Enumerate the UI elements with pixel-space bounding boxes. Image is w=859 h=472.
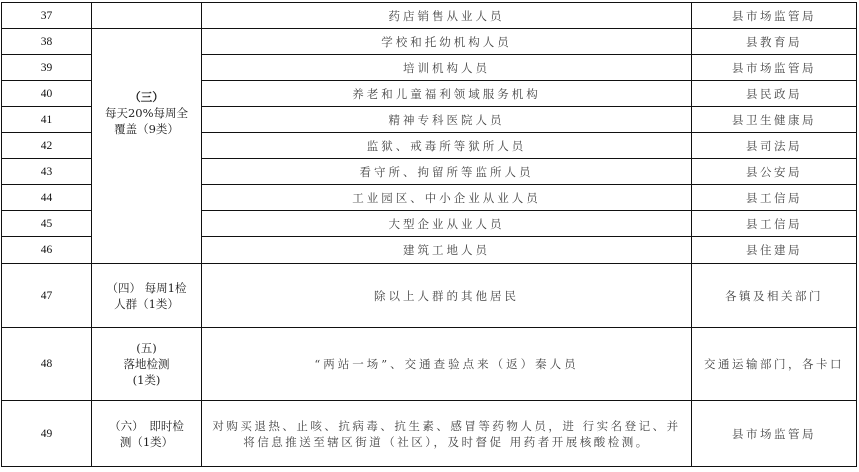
category-6-line1: （六） 即时检 [96, 418, 197, 434]
table-row: 38 （三） 每天20%每周全 覆盖（9类） 学校和托幼机构人员 县教育局 [2, 29, 857, 55]
row-number: 49 [2, 401, 92, 467]
responsible-dept: 县工信局 [692, 211, 857, 237]
responsible-dept: 县市场监管局 [692, 3, 857, 29]
table-row: 37 药店销售从业人员 县市场监管局 [2, 3, 857, 29]
category-5-line1: (五) [96, 340, 197, 356]
responsible-dept: 县市场监管局 [692, 55, 857, 81]
category-6: （六） 即时检 测（1类） [92, 401, 202, 467]
target-group: 大型企业从业人员 [202, 211, 692, 237]
target-group: 药店销售从业人员 [202, 3, 692, 29]
category-4-line2: 人群（1类） [96, 296, 197, 312]
row-number: 47 [2, 264, 92, 328]
row-number: 42 [2, 133, 92, 159]
responsible-dept: 县卫生健康局 [692, 107, 857, 133]
row-number: 46 [2, 237, 92, 264]
category-3-line1: （三） [96, 89, 197, 105]
category-3-line2: 每天20%每周全 [96, 105, 197, 121]
row-number: 41 [2, 107, 92, 133]
row-number: 45 [2, 211, 92, 237]
category-4: （四） 每周1检 人群（1类） [92, 264, 202, 328]
responsible-dept: 县市场监管局 [692, 401, 857, 467]
category-4-line1: （四） 每周1检 [96, 280, 197, 296]
category-cell-empty [92, 3, 202, 29]
target-group: 监狱、戒毒所等狱所人员 [202, 133, 692, 159]
responsible-dept: 县公安局 [692, 159, 857, 185]
category-5-line3: (1类) [96, 372, 197, 388]
responsible-dept: 县司法局 [692, 133, 857, 159]
row-number: 43 [2, 159, 92, 185]
target-group: 养老和儿童福利领域服务机构 [202, 81, 692, 107]
category-5-line2: 落地检测 [96, 356, 197, 372]
target-group: 看守所、拘留所等监所人员 [202, 159, 692, 185]
table-row: 48 (五) 落地检测 (1类) “两站一场”、交通查验点来（返）秦人员 交通运… [2, 328, 857, 401]
row-number: 44 [2, 185, 92, 211]
target-group: 学校和托幼机构人员 [202, 29, 692, 55]
responsible-dept: 县住建局 [692, 237, 857, 264]
responsible-dept: 交通运输部门，各卡口 [692, 328, 857, 401]
testing-groups-table: 37 药店销售从业人员 县市场监管局 38 （三） 每天20%每周全 覆盖（9类… [1, 2, 857, 467]
responsible-dept: 各镇及相关部门 [692, 264, 857, 328]
target-group: “两站一场”、交通查验点来（返）秦人员 [202, 328, 692, 401]
row-number: 40 [2, 81, 92, 107]
target-group: 建筑工地人员 [202, 237, 692, 264]
table-row: 47 （四） 每周1检 人群（1类） 除以上人群的其他居民 各镇及相关部门 [2, 264, 857, 328]
row-number: 39 [2, 55, 92, 81]
responsible-dept: 县民政局 [692, 81, 857, 107]
document-page: 37 药店销售从业人员 县市场监管局 38 （三） 每天20%每周全 覆盖（9类… [1, 2, 857, 467]
category-3: （三） 每天20%每周全 覆盖（9类） [92, 29, 202, 264]
category-3-line3: 覆盖（9类） [96, 121, 197, 137]
target-group: 工业园区、中小企业从业人员 [202, 185, 692, 211]
responsible-dept: 县工信局 [692, 185, 857, 211]
row-number: 48 [2, 328, 92, 401]
target-group: 培训机构人员 [202, 55, 692, 81]
category-6-line2: 测（1类） [96, 434, 197, 450]
category-5: (五) 落地检测 (1类) [92, 328, 202, 401]
target-group: 对购买退热、止咳、抗病毒、抗生素、感冒等药物人员，进 行实名登记、并将信息推送至… [202, 401, 692, 467]
target-group: 除以上人群的其他居民 [202, 264, 692, 328]
table-row: 49 （六） 即时检 测（1类） 对购买退热、止咳、抗病毒、抗生素、感冒等药物人… [2, 401, 857, 467]
target-group: 精神专科医院人员 [202, 107, 692, 133]
row-number: 38 [2, 29, 92, 55]
responsible-dept: 县教育局 [692, 29, 857, 55]
row-number: 37 [2, 3, 92, 29]
